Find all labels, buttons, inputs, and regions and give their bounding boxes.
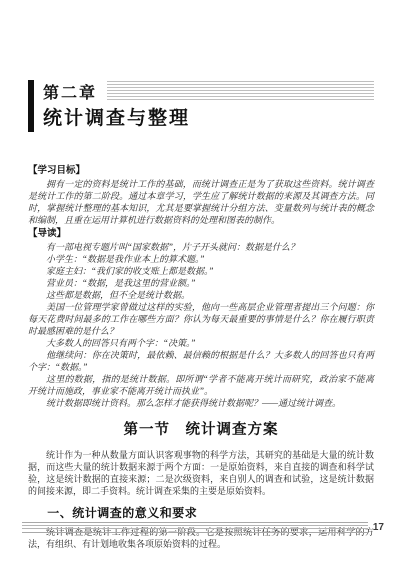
objectives-body: 拥有一定的资料是统计工作的基础，而统计调查正是为了获取这些资料。统计调查是统计工… — [28, 178, 374, 226]
footer-rule — [22, 522, 368, 533]
guide-line: 小学生：“数据是我作业本上的算术题。” — [28, 253, 374, 265]
guide-line: 这里的数据，指的是统计数据。即所谓“学者不能离开统计而研究，政治家不能离开统计而… — [28, 373, 374, 397]
guide-line: 大多数人的回答只有两个字：“决策。” — [28, 337, 374, 349]
page-footer: 17 — [22, 522, 384, 533]
guide-line: 有一部电视专题片叫“国家数据”，片子开头就问：数据是什么？ — [28, 241, 374, 253]
guide-line: 家庭主妇：“我们家的收支账上都是数据。” — [28, 265, 374, 277]
chapter-label: 第二章 — [43, 80, 97, 103]
guide-section: 【导读】 有一部电视专题片叫“国家数据”，片子开头就问：数据是什么？ 小学生：“… — [28, 228, 374, 409]
book-page: 第二章 统计调查与整理 【学习目标】 拥有一定的资料是统计工作的基础，而统计调查… — [0, 0, 400, 562]
chapter-title: 统计调查与整理 — [43, 106, 374, 132]
section-intro: 统计作为一种从数量方面认识客观事物的科学方法，其研究的基础是大量的统计数据，而这… — [28, 449, 374, 497]
guide-heading: 【导读】 — [28, 228, 374, 241]
pinstripe-rule — [107, 81, 374, 102]
objectives-heading: 【学习目标】 — [28, 165, 374, 178]
subsection-heading: 一、统计调查的意义和要求 — [28, 505, 374, 521]
guide-line: 美国一位管理学家曾做过这样的实验，他向一些高层企业管理者提出三个问题：你每天花费… — [28, 301, 374, 337]
guide-line: 他继续问：你在决策时，最依赖、最信赖的根据是什么？大多数人的回答也只有两个字：“… — [28, 349, 374, 373]
section-title: 第一节 统计调查方案 — [28, 420, 374, 440]
chapter-accent-bar — [28, 80, 34, 132]
learning-objectives-section: 【学习目标】 拥有一定的资料是统计工作的基础，而统计调查正是为了获取这些资料。统… — [28, 165, 374, 226]
guide-line: 营业员：“数据，是我这里的营业额。” — [28, 277, 374, 289]
guide-line: 统计数据即统计资料。那么怎样才能获得统计数据呢？——通过统计调查。 — [28, 397, 374, 409]
chapter-header: 第二章 统计调查与整理 — [28, 80, 374, 132]
page-number: 17 — [373, 523, 384, 533]
guide-line: 这些都是数据，但不全是统计数据。 — [28, 289, 374, 301]
